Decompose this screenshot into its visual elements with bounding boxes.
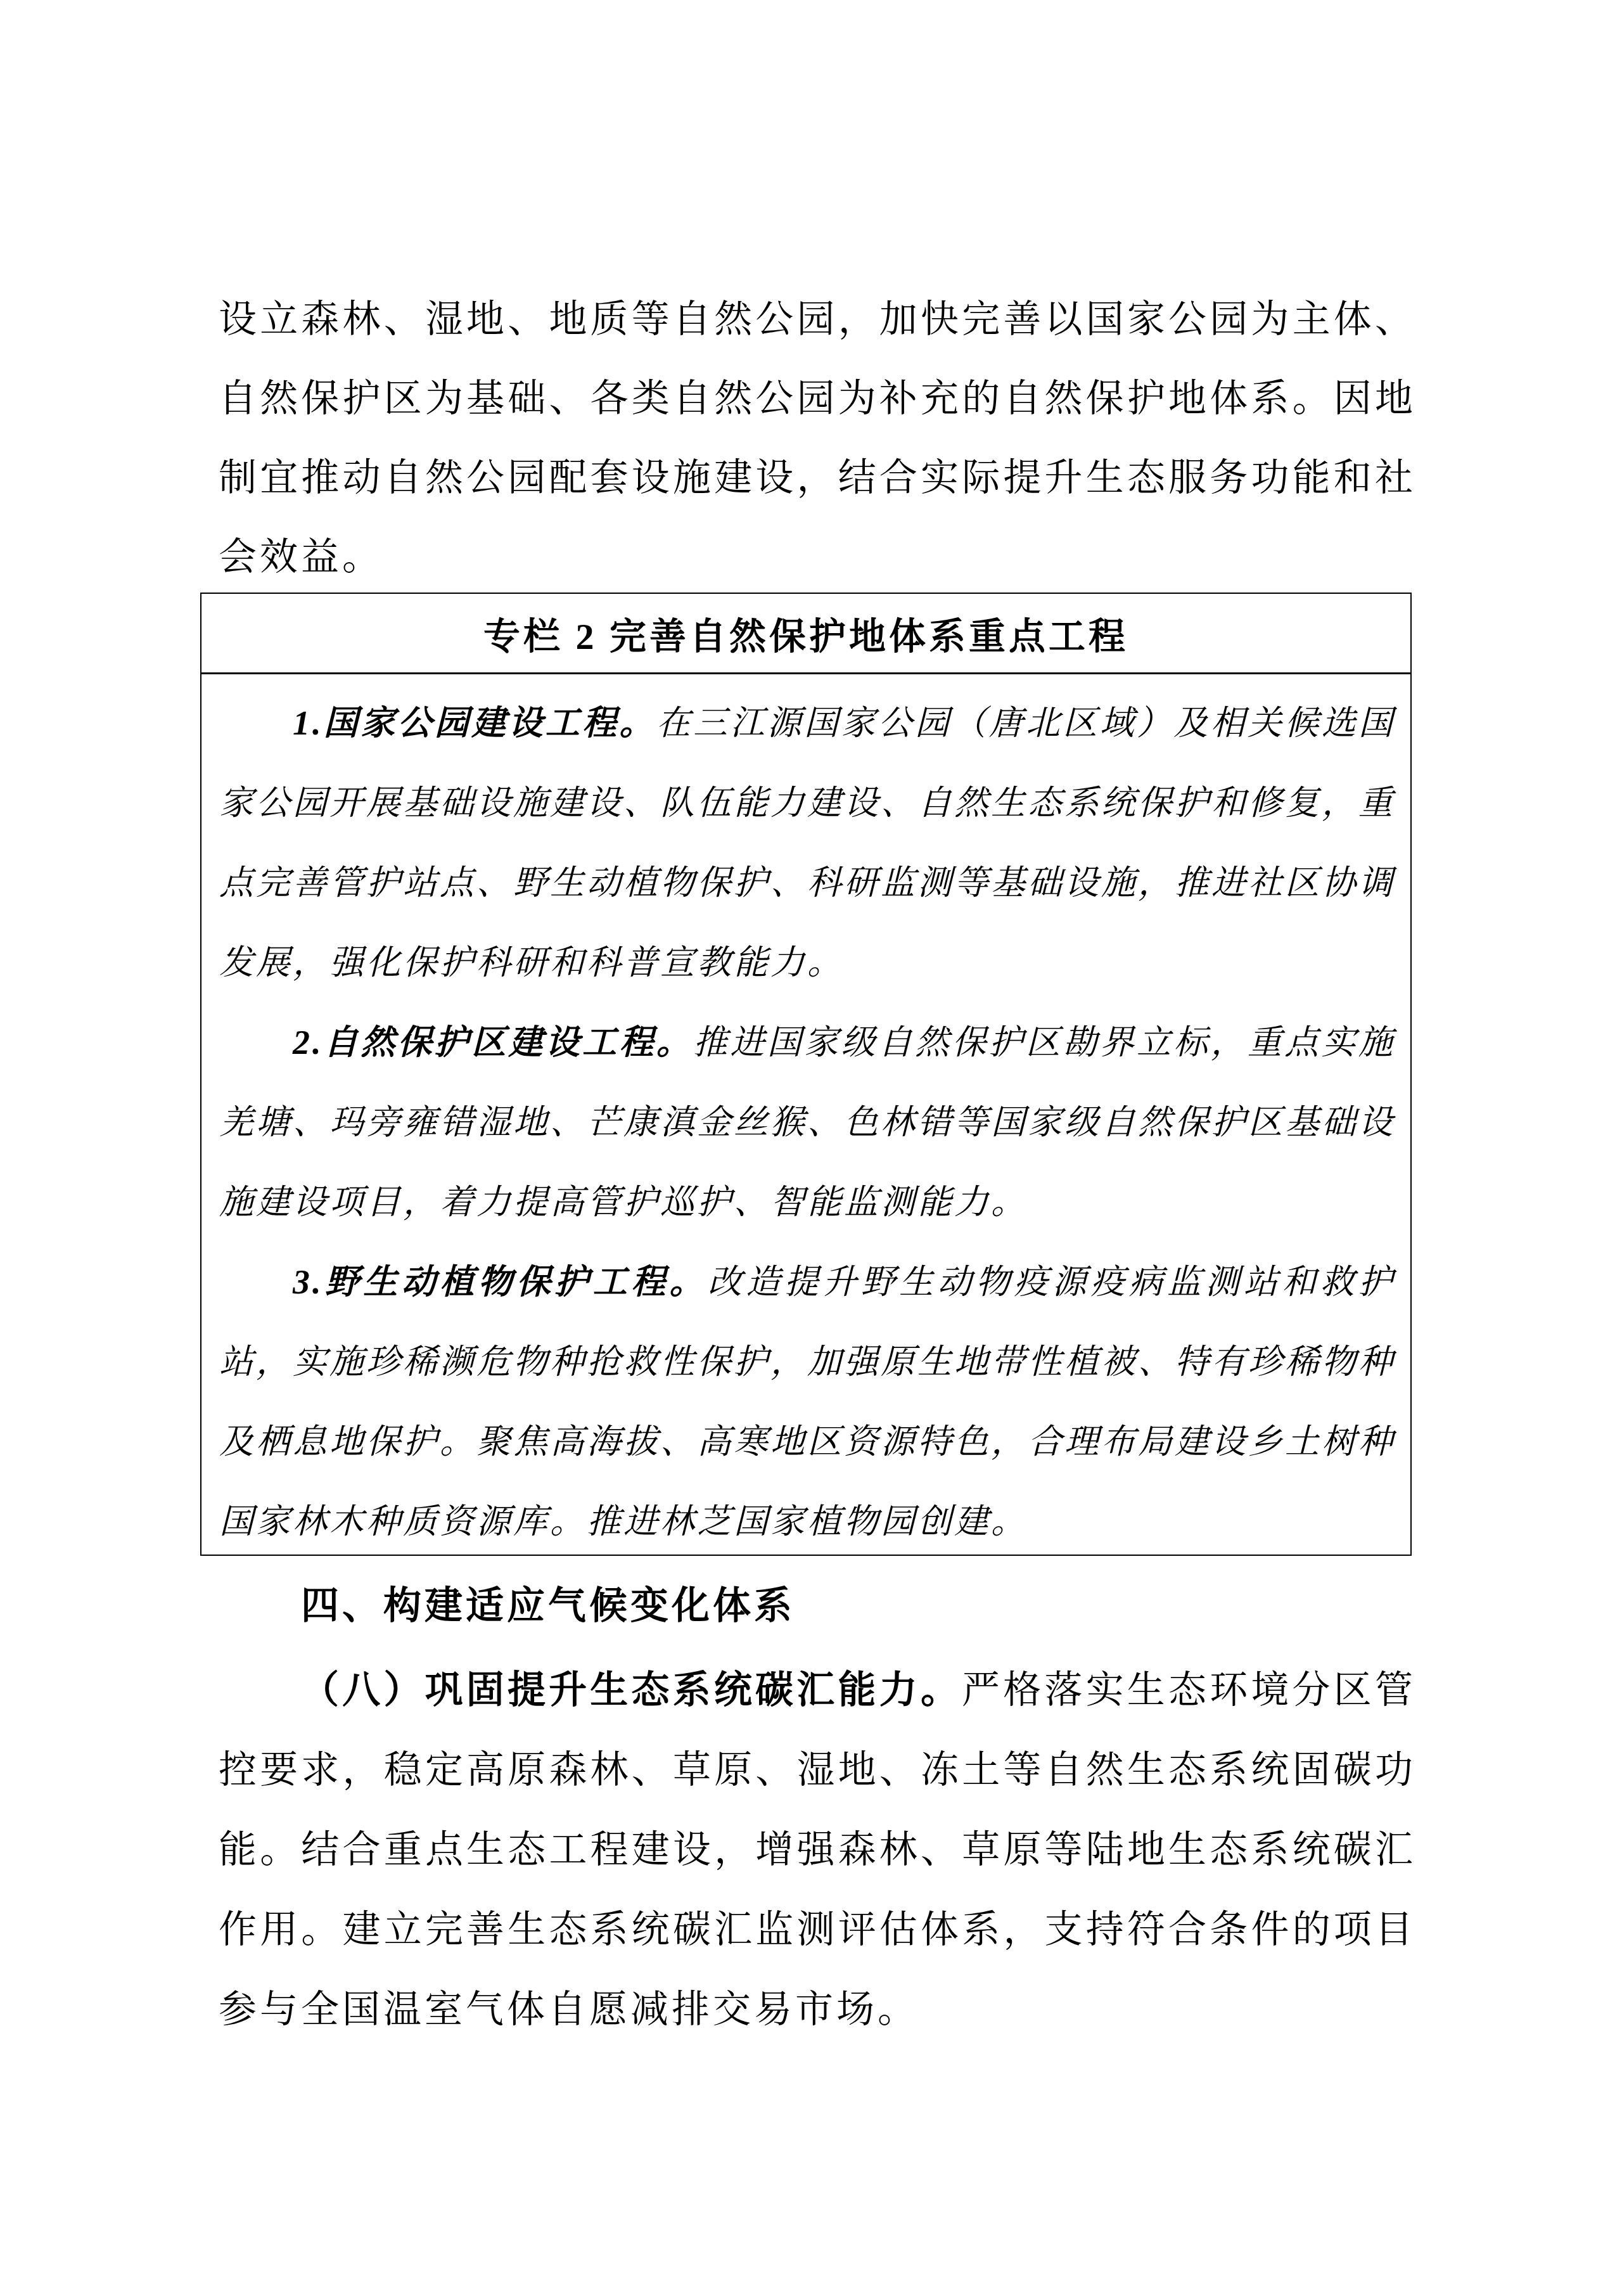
feature-box-title: 专栏 2 完善自然保护地体系重点工程 <box>483 606 1128 660</box>
box-item-national-park-text: 在三江源国家公园（唐北区域）及相关候选国家公园开展基础设施建设、队伍能力建设、自… <box>219 704 1395 982</box>
feature-box: 专栏 2 完善自然保护地体系重点工程 1.国家公园建设工程。在三江源国家公园（唐… <box>200 593 1412 1556</box>
box-item-wildlife-protection-lead: 3.野生动植物保护工程。 <box>293 1263 708 1301</box>
feature-box-body: 1.国家公园建设工程。在三江源国家公园（唐北区域）及相关候选国家公园开展基础设施… <box>201 674 1410 1562</box>
document-page: { "document": { "intro_paragraph": "设立森林… <box>0 0 1622 2296</box>
intro-paragraph: 设立森林、湿地、地质等自然公园，加快完善以国家公园为主体、自然保护区为基础、各类… <box>219 280 1416 597</box>
box-item-national-park-lead: 1.国家公园建设工程。 <box>293 704 656 742</box>
feature-box-header: 专栏 2 完善自然保护地体系重点工程 <box>201 594 1410 674</box>
box-item-wildlife-protection: 3.野生动植物保护工程。改造提升野生动物疫源疫病监测站和救护站，实施珍稀濒危物种… <box>219 1242 1395 1562</box>
paragraph-8: （八）巩固提升生态系统碳汇能力。严格落实生态环境分区管控要求，稳定高原森林、草原… <box>219 1650 1416 2049</box>
paragraph-8-lead: （八）巩固提升生态系统碳汇能力。 <box>301 1669 962 1711</box>
box-item-national-park: 1.国家公园建设工程。在三江源国家公园（唐北区域）及相关候选国家公园开展基础设施… <box>219 683 1395 1003</box>
box-item-nature-reserve-lead: 2.自然保护区建设工程。 <box>293 1023 693 1061</box>
paragraph-8-text: 严格落实生态环境分区管控要求，稳定高原森林、草原、湿地、冻土等自然生态系统固碳功… <box>219 1669 1416 2030</box>
section-heading: 四、构建适应气候变化体系 <box>219 1566 1416 1646</box>
box-item-nature-reserve: 2.自然保护区建设工程。推进国家级自然保护区勘界立标，重点实施羌塘、玛旁雍错湿地… <box>219 1003 1395 1242</box>
box-item-wildlife-protection-text: 改造提升野生动物疫源疫病监测站和救护站，实施珍稀濒危物种抢救性保护，加强原生地带… <box>219 1263 1395 1541</box>
